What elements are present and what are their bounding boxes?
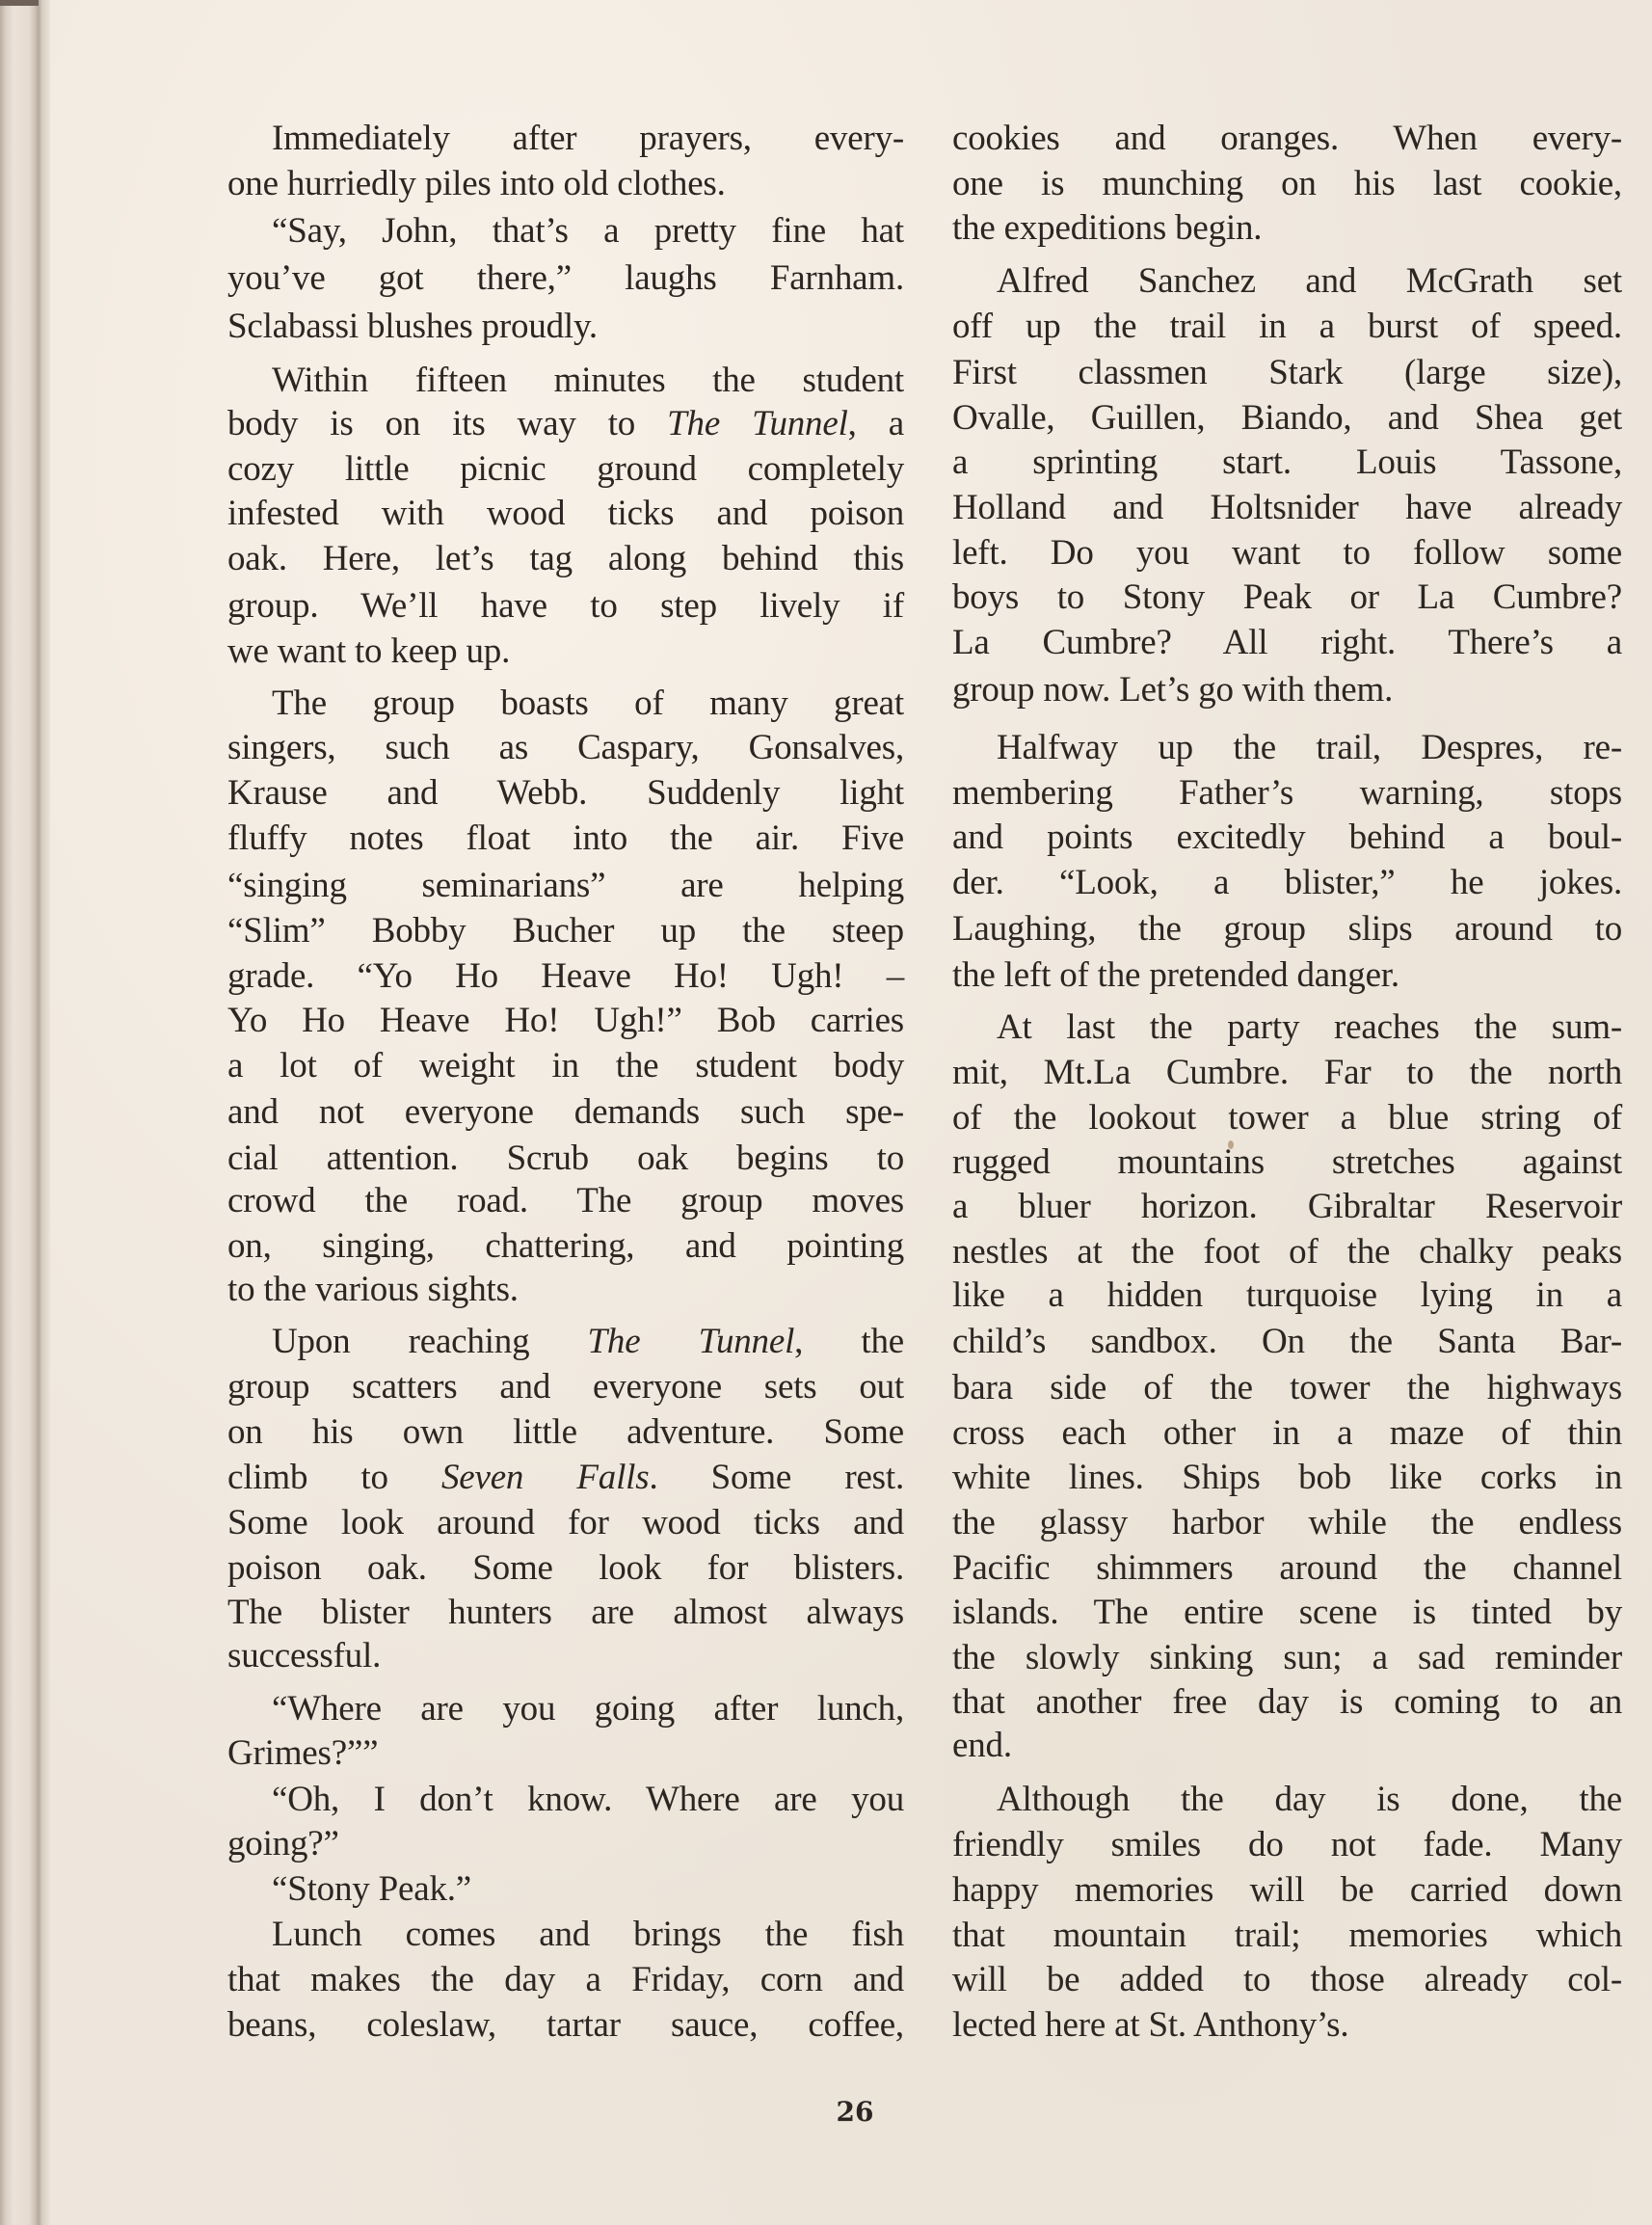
text-line: “Say, John, that’s a pretty fine hat xyxy=(227,209,904,254)
text-line: to the various sights. xyxy=(227,1268,904,1312)
text-line: “Where are you going after lunch, xyxy=(227,1687,904,1731)
text-line: we want to keep up. xyxy=(227,630,904,674)
text-line: The blister hunters are almost always xyxy=(227,1591,904,1635)
paper-speck xyxy=(1228,1140,1234,1149)
text-line: the left of the pretended danger. xyxy=(952,953,1622,998)
book-binding-edge xyxy=(0,0,50,2225)
italic-title: The Tunnel xyxy=(667,404,848,443)
text-line: La Cumbre? All right. There’s a xyxy=(952,621,1622,665)
text-line: fluffy notes float into the air. Five xyxy=(227,817,904,861)
text-line: climb to Seven Falls. Some rest. xyxy=(227,1456,904,1500)
text-line: the glassy harbor while the endless xyxy=(952,1501,1622,1545)
text-line: group scatters and everyone sets out xyxy=(227,1365,904,1409)
text-line: cookies and oranges. When every- xyxy=(952,117,1622,161)
text-line: on his own little adventure. Some xyxy=(227,1410,904,1455)
text-line: like a hidden turquoise lying in a xyxy=(952,1273,1622,1318)
italic-title: The Tunnel xyxy=(588,1322,795,1361)
text-line: that mountain trail; memories which xyxy=(952,1914,1622,1958)
italic-title: Seven Falls xyxy=(441,1458,650,1497)
text-line: of the lookout tower a blue string of xyxy=(952,1096,1622,1140)
text-line: lected here at St. Anthony’s. xyxy=(952,2003,1622,2048)
text-line: off up the trail in a burst of speed. xyxy=(952,305,1622,349)
text-line: Krause and Webb. Suddenly light xyxy=(227,771,904,816)
text-line: a sprinting start. Louis Tassone, xyxy=(952,441,1622,485)
text-line: singers, such as Caspary, Gonsalves, xyxy=(227,726,904,770)
text-line: oak. Here, let’s tag along behind this xyxy=(227,537,904,581)
text-line: left. Do you want to follow some xyxy=(952,531,1622,576)
text-line: cross each other in a maze of thin xyxy=(952,1411,1622,1456)
text-line: mit, Mt.La Cumbre. Far to the north xyxy=(952,1051,1622,1095)
text-line: cial attention. Scrub oak begins to xyxy=(227,1137,904,1181)
text-line: Alfred Sanchez and McGrath set xyxy=(952,259,1622,304)
text-line: group. We’ll have to step lively if xyxy=(227,584,904,629)
text-line: will be added to those already col- xyxy=(952,1958,1622,2002)
text-line: “Oh, I don’t know. Where are you xyxy=(227,1778,904,1822)
text-line: the expeditions begin. xyxy=(952,206,1622,251)
text-line: The group boasts of many great xyxy=(227,682,904,726)
text-line: a bluer horizon. Gibraltar Reservoir xyxy=(952,1185,1622,1229)
text-line: one hurriedly piles into old clothes. xyxy=(227,162,904,206)
text-line: and points excitedly behind a boul- xyxy=(952,816,1622,860)
text-line: crowd the road. The group moves xyxy=(227,1179,904,1223)
text-line: that makes the day a Friday, corn and xyxy=(227,1958,904,2002)
text-line: “Stony Peak.” xyxy=(227,1867,904,1912)
text-line: you’ve got there,” laughs Farnham. xyxy=(227,256,904,301)
text-line: bara side of the tower the highways xyxy=(952,1366,1622,1410)
text-line: “singing seminarians” are helping xyxy=(227,864,904,908)
binding-shadow xyxy=(0,0,39,6)
text-line: child’s sandbox. On the Santa Bar- xyxy=(952,1320,1622,1364)
text-line: friendly smiles do not fade. Many xyxy=(952,1823,1622,1867)
text-line: white lines. Ships bob like corks in xyxy=(952,1456,1622,1500)
text-line: successful. xyxy=(227,1634,904,1678)
text-line: Lunch comes and brings the fish xyxy=(227,1913,904,1957)
text-line: infested with wood ticks and poison xyxy=(227,492,904,536)
text-line: Laughing, the group slips around to xyxy=(952,907,1622,952)
text-line: “Slim” Bobby Bucher up the steep xyxy=(227,909,904,953)
page-number: 26 xyxy=(826,2096,884,2128)
text-line: membering Father’s warning, stops xyxy=(952,771,1622,816)
text-line: nestles at the foot of the chalky peaks xyxy=(952,1230,1622,1274)
text-line: happy memories will be carried down xyxy=(952,1868,1622,1913)
text-line: Immediately after prayers, every- xyxy=(227,117,904,161)
text-line: Halfway up the trail, Despres, re- xyxy=(952,726,1622,770)
text-line: cozy little picnic ground completely xyxy=(227,447,904,492)
text-line: that another free day is coming to an xyxy=(952,1680,1622,1725)
text-line: on, singing, chattering, and pointing xyxy=(227,1224,904,1269)
text-line: the slowly sinking sun; a sad reminder xyxy=(952,1636,1622,1680)
text-line: islands. The entire scene is tinted by xyxy=(952,1591,1622,1635)
text-line: rugged mountains stretches against xyxy=(952,1140,1622,1185)
text-line: one is munching on his last cookie, xyxy=(952,162,1622,206)
text-line: going?” xyxy=(227,1822,904,1866)
text-line: der. “Look, a blister,” he jokes. xyxy=(952,861,1622,905)
text-line: boys to Stony Peak or La Cumbre? xyxy=(952,576,1622,620)
text-line: At last the party reaches the sum- xyxy=(952,1005,1622,1050)
text-line: Although the day is done, the xyxy=(952,1778,1622,1822)
text-line: beans, coleslaw, tartar sauce, coffee, xyxy=(227,2003,904,2048)
text-line: Pacific shimmers around the channel xyxy=(952,1546,1622,1591)
text-line: Sclabassi blushes proudly. xyxy=(227,305,904,349)
text-line: Yo Ho Heave Ho! Ugh!” Bob carries xyxy=(227,999,904,1043)
text-line: poison oak. Some look for blisters. xyxy=(227,1546,904,1591)
text-line: Holland and Holtsnider have already xyxy=(952,486,1622,530)
text-line: Some look around for wood ticks and xyxy=(227,1501,904,1545)
text-line: group now. Let’s go with them. xyxy=(952,668,1622,712)
text-line: Within fifteen minutes the student xyxy=(227,359,904,403)
text-line: First classmen Stark (large size), xyxy=(952,351,1622,395)
text-line: a lot of weight in the student body xyxy=(227,1044,904,1088)
text-line: end. xyxy=(952,1724,1622,1768)
text-line: Grimes?”” xyxy=(227,1731,904,1776)
text-line: grade. “Yo Ho Heave Ho! Ugh! – xyxy=(227,954,904,999)
text-line: Upon reaching The Tunnel, the xyxy=(227,1320,904,1364)
text-line: Ovalle, Guillen, Biando, and Shea get xyxy=(952,396,1622,441)
text-line: body is on its way to The Tunnel, a xyxy=(227,402,904,446)
text-line: and not everyone demands such spe- xyxy=(227,1090,904,1135)
